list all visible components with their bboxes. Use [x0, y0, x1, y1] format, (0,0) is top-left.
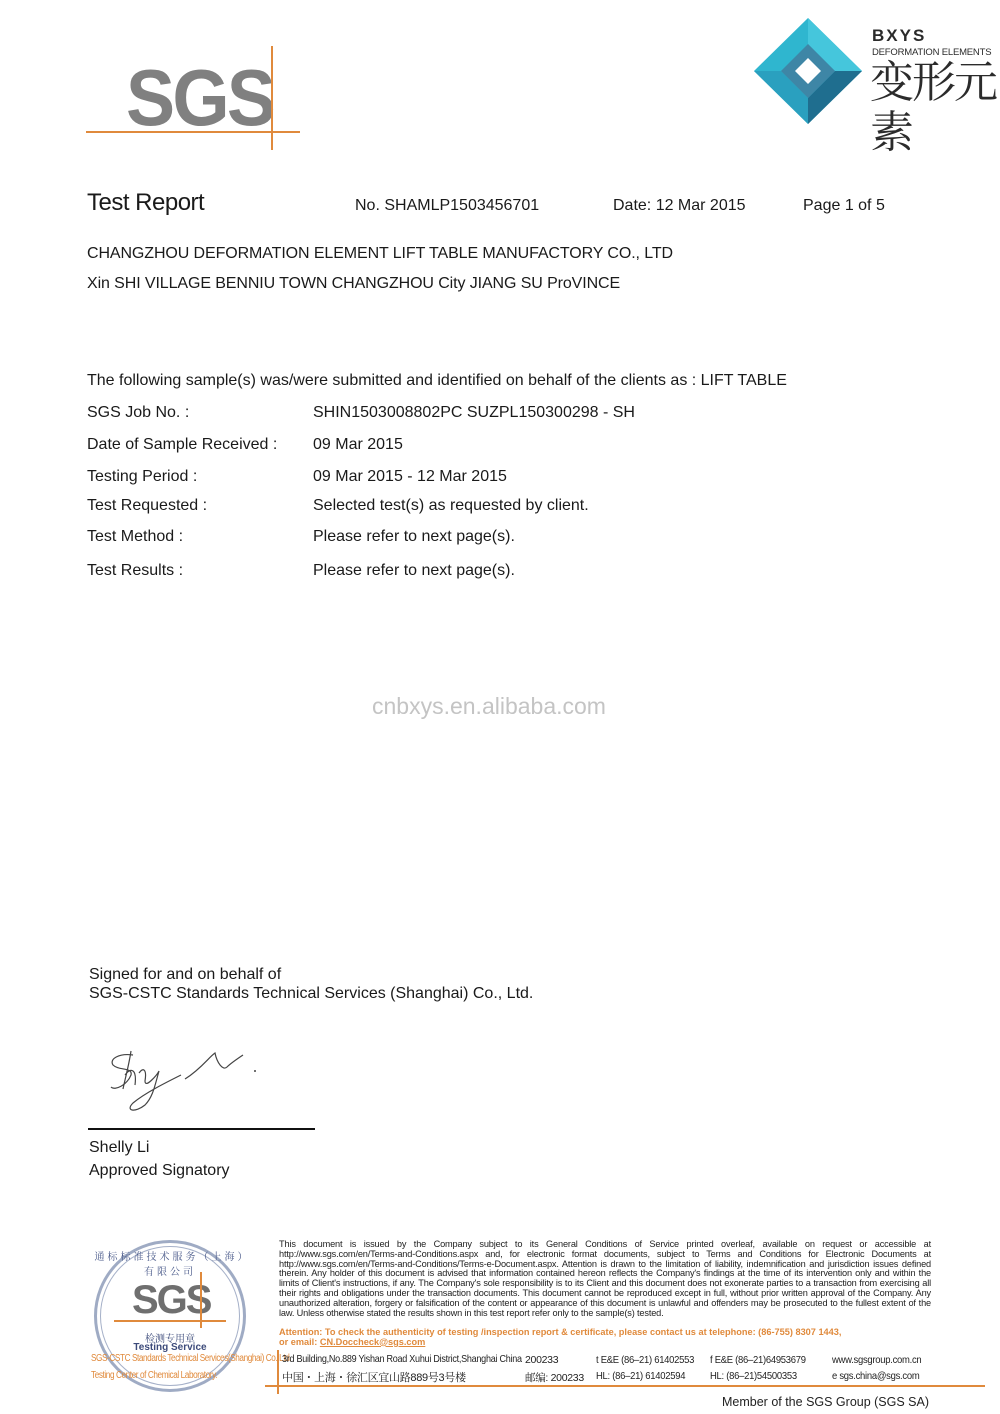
bxys-diamond-icon: [752, 16, 864, 126]
signed-for-block: Signed for and on behalf of SGS-CSTC Sta…: [89, 965, 533, 1003]
footer-tel-ee: t E&E (86–21) 61402553: [596, 1354, 694, 1366]
sgs-group-membership: Member of the SGS Group (SGS SA): [722, 1395, 929, 1409]
report-title: Test Report: [87, 189, 204, 217]
signing-company: SGS-CSTC Standards Technical Services (S…: [89, 984, 533, 1003]
field-label-test-results: Test Results :: [87, 562, 183, 580]
footer-fax-hl: HL: (86–21)54500353: [710, 1370, 797, 1382]
field-value-testing-period: 09 Mar 2015 - 12 Mar 2015: [313, 468, 507, 486]
stamp-rule-vertical: [200, 1272, 202, 1328]
signed-for-label: Signed for and on behalf of: [89, 965, 533, 984]
legal-disclaimer: This document is issued by the Company s…: [279, 1240, 931, 1318]
footer-rule-horizontal: [265, 1385, 985, 1387]
attention-text: Attention: To check the authenticity of …: [279, 1327, 841, 1337]
stamp-company-line: SGS-CSTC Standards Technical Services(Sh…: [91, 1353, 291, 1364]
field-label-job-no: SGS Job No. :: [87, 404, 189, 422]
watermark: cnbxys.en.alibaba.com: [372, 693, 606, 720]
field-label-testing-period: Testing Period :: [87, 468, 197, 486]
signer-title: Approved Signatory: [89, 1159, 230, 1182]
field-value-date-received: 09 Mar 2015: [313, 436, 403, 454]
bxys-subtitle: DEFORMATION ELEMENTS: [872, 47, 991, 58]
report-date: Date: 12 Mar 2015: [613, 197, 746, 215]
bxys-brand: BXYS: [872, 26, 926, 46]
field-value-test-method: Please refer to next page(s).: [313, 528, 515, 546]
footer-rule-vertical: [277, 1350, 279, 1394]
page-indicator: Page 1 of 5: [803, 197, 885, 215]
signer-name: Shelly Li: [89, 1136, 230, 1159]
field-label-test-method: Test Method :: [87, 528, 183, 546]
footer-website[interactable]: www.sgsgroup.com.cn: [832, 1354, 921, 1366]
field-value-job-no: SHIN1503008802PC SUZPL150300298 - SH: [313, 404, 635, 422]
stamp-center-line: Testing Center of Chemical Laboratory.: [91, 1370, 217, 1381]
sgs-logo-text: SGS: [126, 58, 273, 138]
signer-block: Shelly Li Approved Signatory: [89, 1136, 230, 1182]
attention-email-prefix: or email:: [279, 1337, 320, 1347]
footer-tel-hl: HL: (86–21) 61402594: [596, 1370, 685, 1382]
footer-fax-ee: f E&E (86–21)64953679: [710, 1354, 806, 1366]
stamp-sgs-logo: SGS: [132, 1278, 210, 1323]
footer-zip-cn: 邮编: 200233: [525, 1370, 584, 1385]
footer-zip-en: 200233: [525, 1354, 558, 1366]
stamp-en-label: Testing Service: [94, 1342, 246, 1353]
footer-address-en: 3rd Building,No.889 Yishan Road Xuhui Di…: [282, 1353, 522, 1365]
field-value-test-requested: Selected test(s) as requested by client.: [313, 497, 589, 515]
footer-address-cn: 中国・上海・徐汇区宜山路889号3号楼: [282, 1369, 466, 1385]
field-label-date-received: Date of Sample Received :: [87, 436, 277, 454]
field-label-test-requested: Test Requested :: [87, 497, 207, 515]
client-name: CHANGZHOU DEFORMATION ELEMENT LIFT TABLE…: [87, 245, 673, 263]
stamp-rule-horizontal: [114, 1320, 226, 1322]
handwritten-signature: [105, 1045, 270, 1115]
stamp-arc-text: 通标标准技术服务（上海）有限公司: [94, 1248, 246, 1278]
authenticity-notice: Attention: To check the authenticity of …: [279, 1328, 939, 1348]
signature-line: [88, 1128, 315, 1130]
doccheck-email-link[interactable]: CN.Doccheck@sgs.com: [320, 1337, 425, 1347]
client-address: Xin SHI VILLAGE BENNIU TOWN CHANGZHOU Ci…: [87, 275, 620, 293]
field-value-test-results: Please refer to next page(s).: [313, 562, 515, 580]
bxys-chinese-name: 变形元素: [870, 58, 998, 158]
report-number: No. SHAMLP1503456701: [355, 197, 539, 215]
bxys-logo: BXYS DEFORMATION ELEMENTS 变形元素: [752, 16, 998, 126]
logo-rule-vertical: [271, 46, 273, 150]
footer-email[interactable]: e sgs.china@sgs.com: [832, 1370, 919, 1382]
logo-rule-horizontal: [86, 131, 300, 133]
sgs-logo: SGS: [86, 44, 302, 150]
sample-intro: The following sample(s) was/were submitt…: [87, 372, 787, 390]
